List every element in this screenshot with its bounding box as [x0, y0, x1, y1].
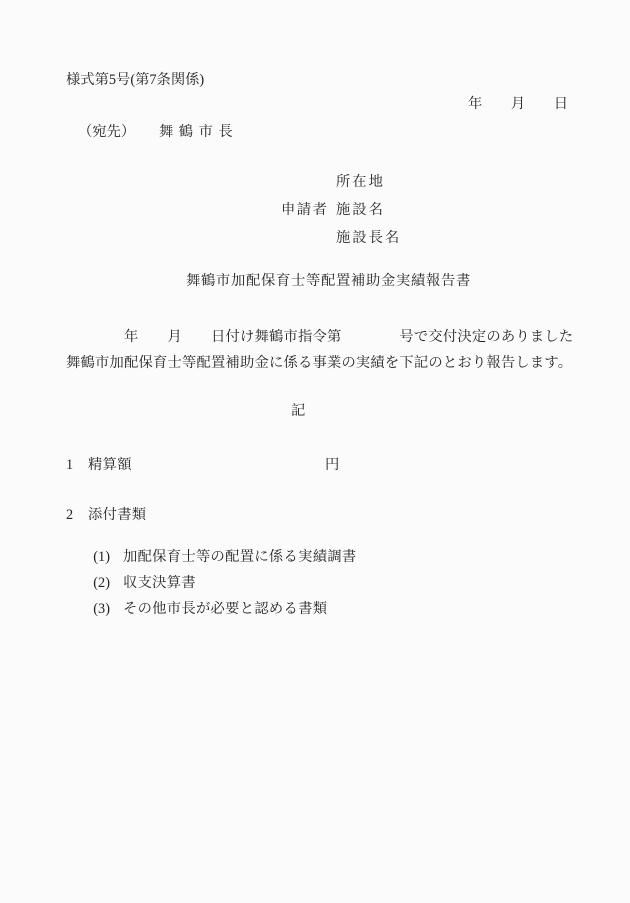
addressee-prefix: （宛先）	[78, 124, 135, 140]
applicant-director-label: 施設長名	[336, 230, 401, 246]
body-paragraph-line1: 年 月 日付け舞鶴市指令第 号で交付決定のありました	[66, 329, 573, 345]
applicant-address-label: 所在地	[336, 174, 385, 190]
item2-number: 2	[66, 507, 73, 523]
document-title: 舞鶴市加配保育士等配置補助金実績報告書	[186, 273, 471, 289]
record-marker: 記	[291, 403, 305, 419]
item1-label: 精算額	[88, 457, 132, 473]
date-blank-line: 年 月 日	[468, 96, 568, 112]
item1-unit-yen: 円	[325, 457, 339, 473]
attachment-item-3-label: その他市長が必要と認める書類	[123, 601, 327, 617]
form-number: 様式第5号(第7条関係)	[66, 72, 204, 88]
applicant-facility-label: 施設名	[336, 202, 385, 218]
item2-label: 添付書類	[88, 507, 146, 523]
attachment-item-3: (3)その他市長が必要と認める書類	[79, 585, 327, 634]
item1-number: 1	[66, 457, 73, 473]
applicant-label: 申請者	[281, 202, 328, 218]
document-page: 様式第5号(第7条関係) 年 月 日 （宛先） 舞鶴市長 所在地 申請者 施設名…	[0, 0, 630, 903]
addressee-name: 舞鶴市長	[159, 124, 238, 140]
body-paragraph-line2: 舞鶴市加配保育士等配置補助金に係る事業の実績を下記のとおり報告します。	[66, 355, 572, 371]
attachment-item-3-number: (3)	[93, 601, 110, 617]
